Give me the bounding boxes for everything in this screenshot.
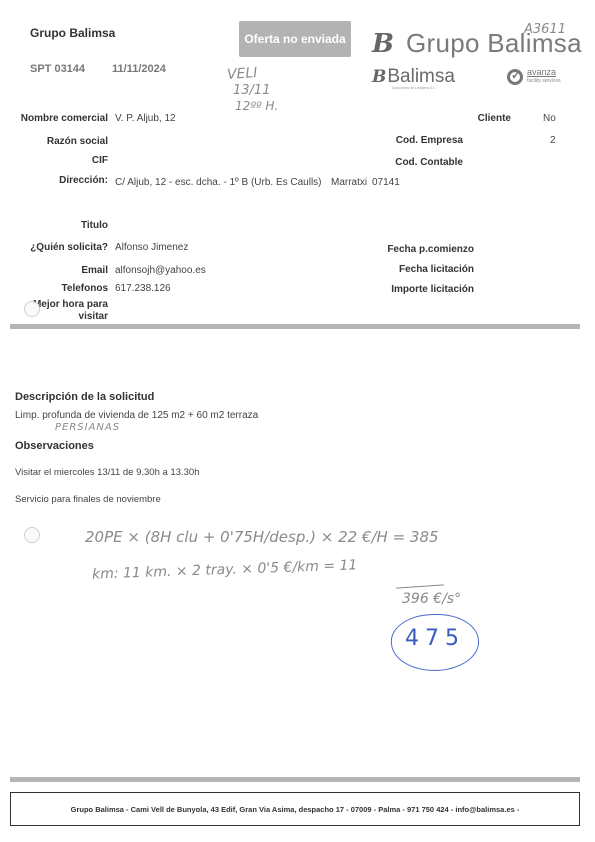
description-text: Limp. profunda de vivienda de 125 m2 + 6…	[15, 410, 258, 421]
label-mejor-hora-line2: visitar	[0, 311, 108, 323]
offer-status-button[interactable]: Oferta no enviada	[239, 21, 351, 57]
avanza-sub: facility services	[527, 77, 561, 86]
value-cod-empresa: 2	[550, 135, 556, 146]
company-name: Grupo Balimsa	[30, 26, 115, 40]
handwritten-calc-line-2: km: 11 km. × 2 tray. × 0'5 €/km = 11	[92, 557, 358, 582]
handwritten-visit-time: 12ºº H.	[235, 99, 278, 113]
footer-text: Grupo Balimsa - Cami Vell de Bunyola, 43…	[71, 805, 520, 814]
label-quien-solicita: ¿Quién solicita?	[0, 242, 108, 253]
logo-secondary-text: Balimsa	[387, 66, 455, 88]
handwritten-calc-line-1: 20PE × (8H clu + 0'75H/desp.) × 22 €/H =…	[85, 528, 439, 546]
checkmark-circle-icon	[507, 69, 523, 85]
balimsa-b-small-icon: B	[372, 67, 386, 87]
label-titulo: Titulo	[0, 220, 108, 231]
balimsa-b-icon: B	[372, 30, 400, 58]
description-title: Descripción de la solicitud	[15, 391, 154, 403]
handwritten-visit-label: VELI	[226, 65, 257, 83]
hole-punch-mark	[24, 301, 40, 317]
observation-line-2: Servicio para finales de noviembre	[15, 494, 161, 505]
label-fecha-licitacion: Fecha licitación	[360, 264, 474, 275]
avanza-text: avanza	[527, 68, 561, 77]
label-cod-empresa: Cod. Empresa	[370, 135, 463, 146]
value-telefonos: 617.238.126	[115, 283, 171, 294]
balimsa-logo: B Balimsa Soluciones de Limpieza S.L.	[372, 66, 455, 90]
value-postal-code: 07141	[372, 177, 400, 188]
label-direccion: Dirección:	[0, 175, 108, 186]
value-quien-solicita: Alfonso Jimenez	[115, 242, 188, 253]
value-city: Marratxi	[331, 177, 367, 188]
label-email: Email	[0, 265, 108, 276]
value-email[interactable]: alfonsojh@yahoo.es	[115, 265, 206, 276]
value-cliente: No	[543, 113, 556, 124]
label-cod-contable: Cod. Contable	[370, 157, 463, 168]
handwritten-code: A3611	[524, 22, 566, 37]
handwritten-visit-date: 13/11	[233, 83, 270, 98]
value-nombre-comercial: V. P. Aljub, 12	[115, 113, 176, 124]
label-cliente: Cliente	[470, 113, 511, 124]
footer-divider	[10, 777, 580, 782]
label-fecha-comienzo: Fecha p.comienzo	[360, 244, 474, 255]
label-nombre-comercial: Nombre comercial	[0, 113, 108, 124]
section-divider	[10, 324, 580, 329]
handwritten-persianas: PERSIANAS	[55, 422, 120, 433]
handwritten-subtotal: 396 €/s°	[402, 591, 461, 607]
handwritten-sum-line	[396, 584, 444, 588]
hole-punch-mark-2	[24, 527, 40, 543]
spt-code: SPT 03144	[30, 63, 85, 75]
label-mejor-hora: Mejor hora para visitar	[0, 299, 108, 323]
observation-line-1: Visitar el miercoles 13/11 de 9.30h a 13…	[15, 467, 200, 478]
label-razon-social: Razón social	[0, 136, 108, 147]
label-importe-licitacion: Importe licitación	[360, 284, 474, 295]
avanza-logo: avanza facility services	[507, 68, 561, 86]
observations-title: Observaciones	[15, 440, 94, 452]
label-cif: CIF	[0, 155, 108, 166]
label-mejor-hora-line1: Mejor hora para	[0, 299, 108, 311]
footer-contact-box: Grupo Balimsa - Cami Vell de Bunyola, 43…	[10, 792, 580, 826]
request-date: 11/11/2024	[112, 63, 166, 75]
value-direccion: C/ Aljub, 12 - esc. dcha. - 1º B (Urb. E…	[115, 177, 322, 188]
label-telefonos: Telefonos	[0, 283, 108, 294]
handwritten-final-price: 475	[405, 626, 465, 651]
